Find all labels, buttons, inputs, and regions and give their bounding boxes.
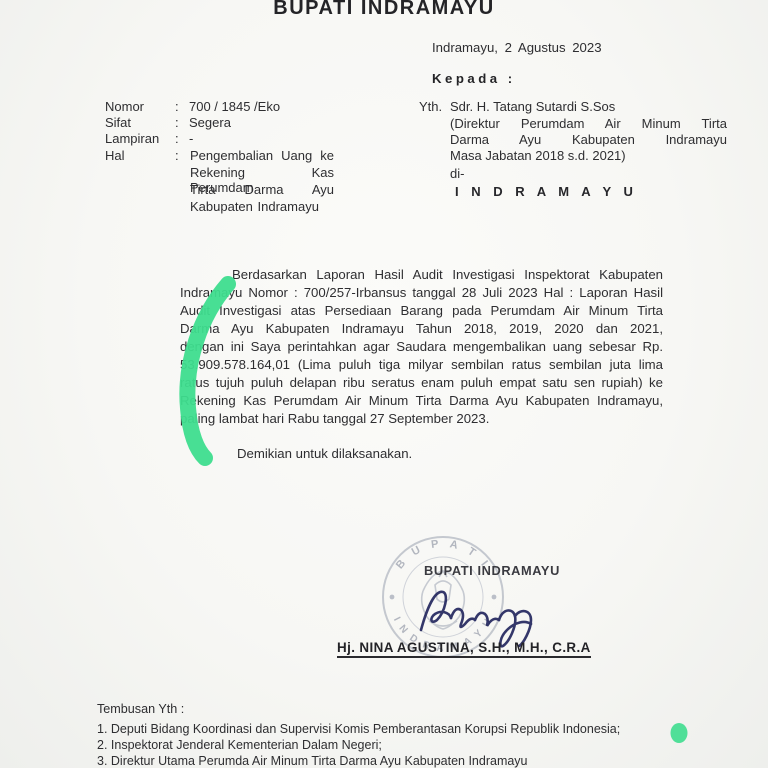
meta-hal-line: Kabupaten Indramayu	[190, 199, 334, 214]
meta-row-lampiran: Lampiran:-	[105, 131, 193, 146]
meta-value-nomor: 700 / 1845 /Eko	[189, 99, 280, 114]
body-line: paling lambat hari Rabu tanggal 27 Septe…	[180, 411, 663, 426]
body-line: Darma Ayu Kabupaten Indramayu Tahun 2018…	[180, 321, 663, 336]
body-line: 53.909.578.164,01 (Lima puluh tiga milya…	[180, 357, 663, 372]
meta-hal-line: Pengembalian Uang ke	[190, 148, 334, 163]
yth-prefix: Yth.	[419, 99, 450, 114]
meta-label-lampiran: Lampiran	[105, 131, 175, 146]
tembusan-item: 1. Deputi Bidang Koordinasi dan Supervis…	[97, 722, 620, 736]
meta-row-sifat: Sifat:Segera	[105, 115, 231, 130]
seal-dot-left	[390, 595, 395, 600]
recipient-di-line: di-	[450, 166, 727, 181]
meta-colon: :	[175, 148, 189, 163]
meta-hal-line: Tirta Darma Ayu	[190, 182, 334, 197]
body-line: Indramayu Nomor : 700/257-Irbansus tangg…	[180, 285, 663, 300]
closing-line: Demikian untuk dilaksanakan.	[237, 446, 412, 461]
body-line: dengan ini Saya perintahkan agar Saudara…	[180, 339, 663, 354]
recipient-name-row: Yth.Sdr. H. Tatang Sutardi S.Sos	[419, 99, 615, 114]
signatory-name: Hj. NINA AGUSTINA, S.H., M.H., C.R.A	[337, 640, 591, 658]
letter-photo: BUPATI INDRAMAYU Indramayu, 2 Agustus 20…	[0, 0, 768, 768]
meta-colon: :	[175, 99, 189, 114]
meta-value-lampiran: -	[189, 131, 193, 146]
recipient-name: Sdr. H. Tatang Sutardi S.Sos	[450, 99, 615, 114]
kepada-heading: Kepada :	[432, 71, 516, 86]
meta-label-hal: Hal	[105, 148, 175, 163]
recipient-line: Darma Ayu Kabupaten Indramayu	[450, 132, 727, 147]
body-line: ratus tujuh puluh delapan ribu seratus e…	[180, 375, 663, 390]
recipient-line: (Direktur Perumdam Air Minum Tirta	[450, 116, 727, 131]
meta-value-sifat: Segera	[189, 115, 231, 130]
tembusan-item: 2. Inspektorat Jenderal Kementerian Dala…	[97, 738, 382, 752]
tembusan-item: 3. Direktur Utama Perumda Air Minum Tirt…	[97, 754, 528, 768]
meta-colon: :	[175, 131, 189, 146]
body-line: Rekening Kas Perumdam Air Minum Tirta Da…	[180, 393, 663, 408]
body-line: Berdasarkan Laporan Hasil Audit Investig…	[180, 267, 663, 282]
body-line: Audit Investigasi atas Persediaan Barang…	[180, 303, 663, 318]
meta-label-sifat: Sifat	[105, 115, 175, 130]
recipient-city: I N D R A M A Y U	[455, 184, 637, 199]
signature-title: BUPATI INDRAMAYU	[424, 563, 560, 578]
letterhead-title: BUPATI INDRAMAYU	[0, 0, 768, 20]
meta-label-nomor: Nomor	[105, 99, 175, 114]
meta-colon: :	[175, 115, 189, 130]
meta-row-hal: Hal:	[105, 148, 189, 163]
green-marker-dot	[668, 721, 690, 745]
meta-row-nomor: Nomor:700 / 1845 /Eko	[105, 99, 280, 114]
tembusan-heading: Tembusan Yth :	[97, 702, 184, 716]
letter-sheet: BUPATI INDRAMAYU Indramayu, 2 Agustus 20…	[0, 0, 768, 768]
recipient-line: Masa Jabatan 2018 s.d. 2021)	[450, 148, 727, 163]
date-line: Indramayu, 2 Agustus 2023	[432, 40, 602, 55]
